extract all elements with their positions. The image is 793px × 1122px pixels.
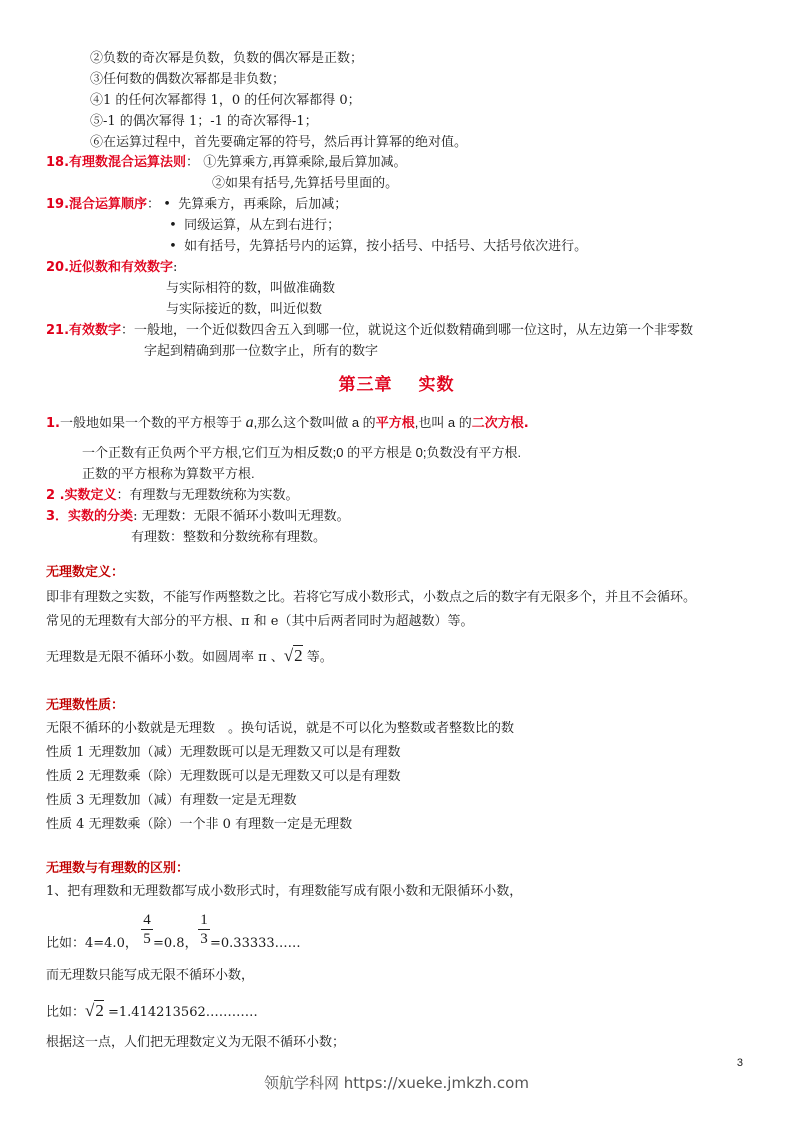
- text: 无理数是无限不循环小数。如圆周率 π 、: [46, 650, 284, 665]
- item-20-heading: 20.近似数和有效数字: [46, 260, 173, 275]
- colon: ：: [121, 323, 134, 338]
- rule-5: ⑤-1 的偶次幂得 1；-1 的奇次幂得-1；: [90, 113, 318, 131]
- marker: ②: [212, 176, 225, 191]
- property-4: 性质 4 无理数乘（除）一个非 0 有理数一定是无理数: [46, 816, 352, 834]
- fraction-1-3: 13: [198, 912, 210, 947]
- radicand: 2: [293, 645, 303, 665]
- example-1-result-a: =0.8，: [153, 935, 198, 953]
- chapter-title: 第三章实数: [0, 370, 793, 395]
- irrational-props-heading: 无理数性质：: [46, 697, 124, 715]
- section-1-line-2: 一个正数有正负两个平方根,它们互为相反数;0 的平方根是 0;负数没有平方根.: [82, 444, 521, 462]
- text: =1.414213562…………: [108, 1005, 258, 1020]
- fraction-bar: [198, 929, 210, 930]
- section-3-heading: 实数的分类: [68, 509, 133, 524]
- item-19: 19.混合运算顺序：• 先算乘方，再乘除，后加减；: [46, 196, 347, 214]
- colon: ：: [147, 197, 160, 212]
- bullet-text: 先算乘方，再乘除，后加减；: [178, 197, 347, 212]
- denominator: 3: [198, 931, 210, 947]
- section-1: 1.一般地如果一个数的平方根等于 a,那么这个数叫做 a 的平方根,也叫 a 的…: [46, 414, 529, 433]
- rule-text: 在运算过程中，首先要确定幂的符号，然后再计算幂的绝对值。: [103, 135, 467, 150]
- term-square-root: 平方根: [376, 416, 415, 431]
- example-1: 比如：4=4.0，: [46, 935, 138, 953]
- marker: ④: [90, 93, 103, 108]
- section-2-text: 有理数与无理数统称为实数。: [130, 488, 299, 503]
- irrational-def-line-2: 常见的无理数有大部分的平方根、π 和 e（其中后两者同时为超越数）等。: [46, 613, 474, 631]
- difference-line-1: 1、把有理数和无理数都写成小数形式时，有理数能写成有限小数和无限循环小数，: [46, 883, 522, 901]
- item-20-line-1: 与实际相符的数，叫做准确数: [166, 280, 335, 298]
- bullet-icon: •: [166, 238, 180, 256]
- heading-text: 无理数性质：: [46, 698, 124, 713]
- bullet-icon: •: [166, 217, 180, 235]
- rule-3: ③任何数的偶数次幂都是非负数；: [90, 71, 285, 89]
- item-21-text: 一般地，一个近似数四舍五入到哪一位，就说这个近似数精确到哪一位这时，从左边第一个…: [134, 323, 693, 338]
- property-3: 性质 3 无理数加（减）有理数一定是无理数: [46, 792, 297, 810]
- rule-6: ⑥在运算过程中，首先要确定幂的符号，然后再计算幂的绝对值。: [90, 134, 467, 152]
- marker: ⑥: [90, 135, 103, 150]
- section-3-line-2: 有理数：整数和分数统称有理数。: [131, 529, 326, 547]
- difference-line-3: 根据这一点，人们把无理数定义为无限不循环小数；: [46, 1034, 345, 1052]
- colon: :: [173, 260, 177, 275]
- numerator: 1: [198, 912, 210, 928]
- item-19-bullet-2: • 同级运算，从左到右进行；: [166, 217, 340, 235]
- colon: ：: [186, 155, 199, 170]
- fraction-4-5: 45: [141, 912, 153, 947]
- marker: ②: [90, 51, 103, 66]
- item-19-bullet-3: • 如有括号，先算括号内的运算，按小括号、中括号、大括号依次进行。: [166, 238, 587, 256]
- rule-text: 负数的奇次幂是负数，负数的偶次幂是正数；: [103, 51, 363, 66]
- period: .: [524, 416, 529, 431]
- chapter-number: 第三章: [339, 375, 393, 395]
- section-3-number: 3．: [46, 509, 68, 524]
- bullet-icon: •: [160, 196, 174, 214]
- property-1: 性质 1 无理数加（减）无理数既可以是无理数又可以是有理数: [46, 744, 401, 762]
- section-3-text: 无理数：无限不循环小数叫无理数。: [142, 509, 350, 524]
- marker: ⑤: [90, 114, 103, 129]
- section-2-number: 2 .: [46, 488, 65, 503]
- term-quadratic-root: 二次方根: [472, 416, 524, 431]
- difference-line-2: 而无理数只能写成无限不循环小数，: [46, 967, 254, 985]
- text: 一般地如果一个数的平方根等于: [60, 415, 246, 430]
- marker: ③: [90, 72, 103, 87]
- rule-text: -1 的偶次幂得 1；-1 的奇次幂得-1；: [103, 114, 318, 129]
- sqrt-symbol: √2: [85, 1001, 104, 1020]
- irrational-def-heading: 无理数定义：: [46, 564, 124, 582]
- sqrt-symbol: √2: [284, 646, 303, 665]
- text: ,那么这个数叫做 a 的: [254, 415, 376, 430]
- rule-2: ②负数的奇次幂是负数，负数的偶次幂是正数；: [90, 50, 363, 68]
- radicand: 2: [94, 1000, 104, 1020]
- heading-text: 无理数与有理数的区别：: [46, 861, 189, 876]
- text: ,也叫 a 的: [415, 415, 472, 430]
- item-18: 18.有理数混合运算法则： ①先算乘方,再算乘除,最后算加减。: [46, 154, 406, 172]
- numerator: 4: [141, 912, 153, 928]
- rule-text: 先算乘方,再算乘除,最后算加减。: [216, 155, 406, 170]
- section-2: 2 .实数定义：有理数与无理数统称为实数。: [46, 487, 299, 505]
- chapter-name: 实数: [419, 375, 455, 395]
- bullet-text: 如有括号，先算括号内的运算，按小括号、中括号、大括号依次进行。: [184, 239, 587, 254]
- denominator: 5: [141, 931, 153, 947]
- colon: ：: [117, 488, 130, 503]
- rule-4: ④1 的任何次幂都得 1，0 的任何次幂都得 0；: [90, 92, 361, 110]
- item-20: 20.近似数和有效数字:: [46, 259, 177, 277]
- irrational-def-line-3: 无理数是无限不循环小数。如圆周率 π 、√2 等。: [46, 647, 333, 667]
- section-1-number: 1.: [46, 416, 60, 431]
- heading-text: 无理数定义：: [46, 565, 124, 580]
- difference-heading: 无理数与有理数的区别：: [46, 860, 189, 878]
- fraction-bar: [141, 929, 153, 930]
- item-21-heading: 21.有效数字: [46, 323, 121, 338]
- rule-text: 如果有括号,先算括号里面的。: [225, 176, 398, 191]
- item-18-heading: 18.有理数混合运算法则: [46, 155, 186, 170]
- item-21-line-2: 字起到精确到那一位数字止，所有的数字: [144, 343, 378, 361]
- text: 等。: [307, 650, 333, 665]
- item-18-rule-2: ②如果有括号,先算括号里面的。: [212, 175, 398, 193]
- footer-watermark: 领航学科网 https://xueke.jmkzh.com: [0, 1072, 793, 1093]
- text: 比如：4=4.0，: [46, 936, 138, 951]
- irrational-props-intro: 无限不循环的小数就是无理数 。换句话说，就是不可以化为整数或者整数比的数: [46, 720, 514, 738]
- irrational-def-line-1: 即非有理数之实数，不能写作两整数之比。若将它写成小数形式，小数点之后的数字有无限…: [46, 589, 696, 607]
- text: 比如：: [46, 1005, 85, 1020]
- item-21: 21.有效数字：一般地，一个近似数四舍五入到哪一位，就说这个近似数精确到哪一位这…: [46, 322, 693, 340]
- page-number: 3: [737, 1057, 743, 1069]
- item-20-line-2: 与实际接近的数，叫近似数: [166, 301, 322, 319]
- example-2: 比如：√2 =1.414213562…………: [46, 1002, 258, 1022]
- colon: :: [133, 509, 137, 524]
- section-1-line-3: 正数的平方根称为算数平方根.: [82, 465, 255, 483]
- variable-a: a: [246, 414, 254, 431]
- rule-text: 1 的任何次幂都得 1，0 的任何次幂都得 0；: [103, 93, 361, 108]
- section-3: 3．实数的分类: 无理数：无限不循环小数叫无理数。: [46, 508, 350, 526]
- bullet-text: 同级运算，从左到右进行；: [184, 218, 340, 233]
- rule-text: 任何数的偶数次幂都是非负数；: [103, 72, 285, 87]
- marker: ①: [203, 155, 216, 170]
- property-2: 性质 2 无理数乘（除）无理数既可以是无理数又可以是有理数: [46, 768, 401, 786]
- section-2-heading: 实数定义: [65, 488, 117, 503]
- example-1-result-b: =0.33333……: [210, 935, 301, 953]
- item-19-heading: 19.混合运算顺序: [46, 197, 147, 212]
